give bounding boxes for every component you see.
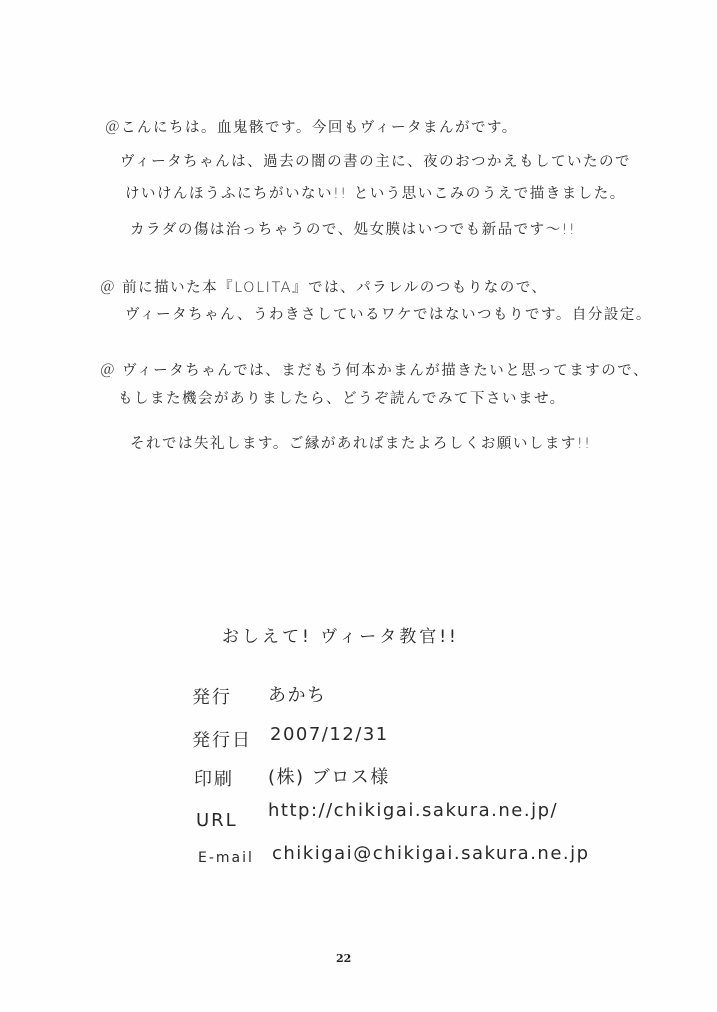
book-title: おしえて! ヴィータ教官!! <box>222 622 459 647</box>
afterword-line: ＠こんにちは。血鬼骸です。今回もヴィータまんがです。 <box>105 116 518 137</box>
afterword-line: ＠ 前に描いた本『LOLITA』では、パラレルのつもりなので、 <box>100 276 547 297</box>
colophon-value-publisher: あかち <box>268 681 327 707</box>
afterword-line: ヴィータちゃん、うわきさしているワケではないつもりです。自分設定。 <box>125 303 652 324</box>
colophon-value-date: 2007/12/31 <box>270 724 389 745</box>
afterword-closing: それでは失礼します。ご縁があればまたよろしくお願いします!! <box>130 432 591 453</box>
colophon-label-email: E-mail <box>198 850 254 866</box>
afterword-line: カラダの傷は治っちゃうので、処女膜はいつでも新品です〜!! <box>130 218 576 239</box>
afterword-line: けいけんほうふにちがいない!! という思いこみのうえで描きました。 <box>125 182 626 203</box>
colophon-label-date: 発行日 <box>192 726 252 752</box>
colophon-label-printer: 印刷 <box>194 765 234 791</box>
afterword-line: ＠ ヴィータちゃんでは、まだもう何本かまんが描きたいと思ってますので、 <box>100 359 649 380</box>
afterword-line: もしまた機会がありましたら、どうぞ読んでみて下さいませ。 <box>118 387 566 408</box>
book-page: ＠こんにちは。血鬼骸です。今回もヴィータまんがです。 ヴィータちゃんは、過去の闇… <box>0 0 717 1012</box>
colophon-value-printer: (株) ブロス様 <box>268 763 390 789</box>
colophon-value-email: chikigai@chikigai.sakura.ne.jp <box>272 843 590 864</box>
page-number: 22 <box>336 952 351 965</box>
afterword-line: ヴィータちゃんは、過去の闇の書の主に、夜のおつかえもしていたので <box>120 150 631 171</box>
colophon-label-publisher: 発行 <box>192 683 232 709</box>
colophon-value-url: http://chikigai.sakura.ne.jp/ <box>268 800 558 821</box>
colophon-label-url: URL <box>196 810 238 831</box>
